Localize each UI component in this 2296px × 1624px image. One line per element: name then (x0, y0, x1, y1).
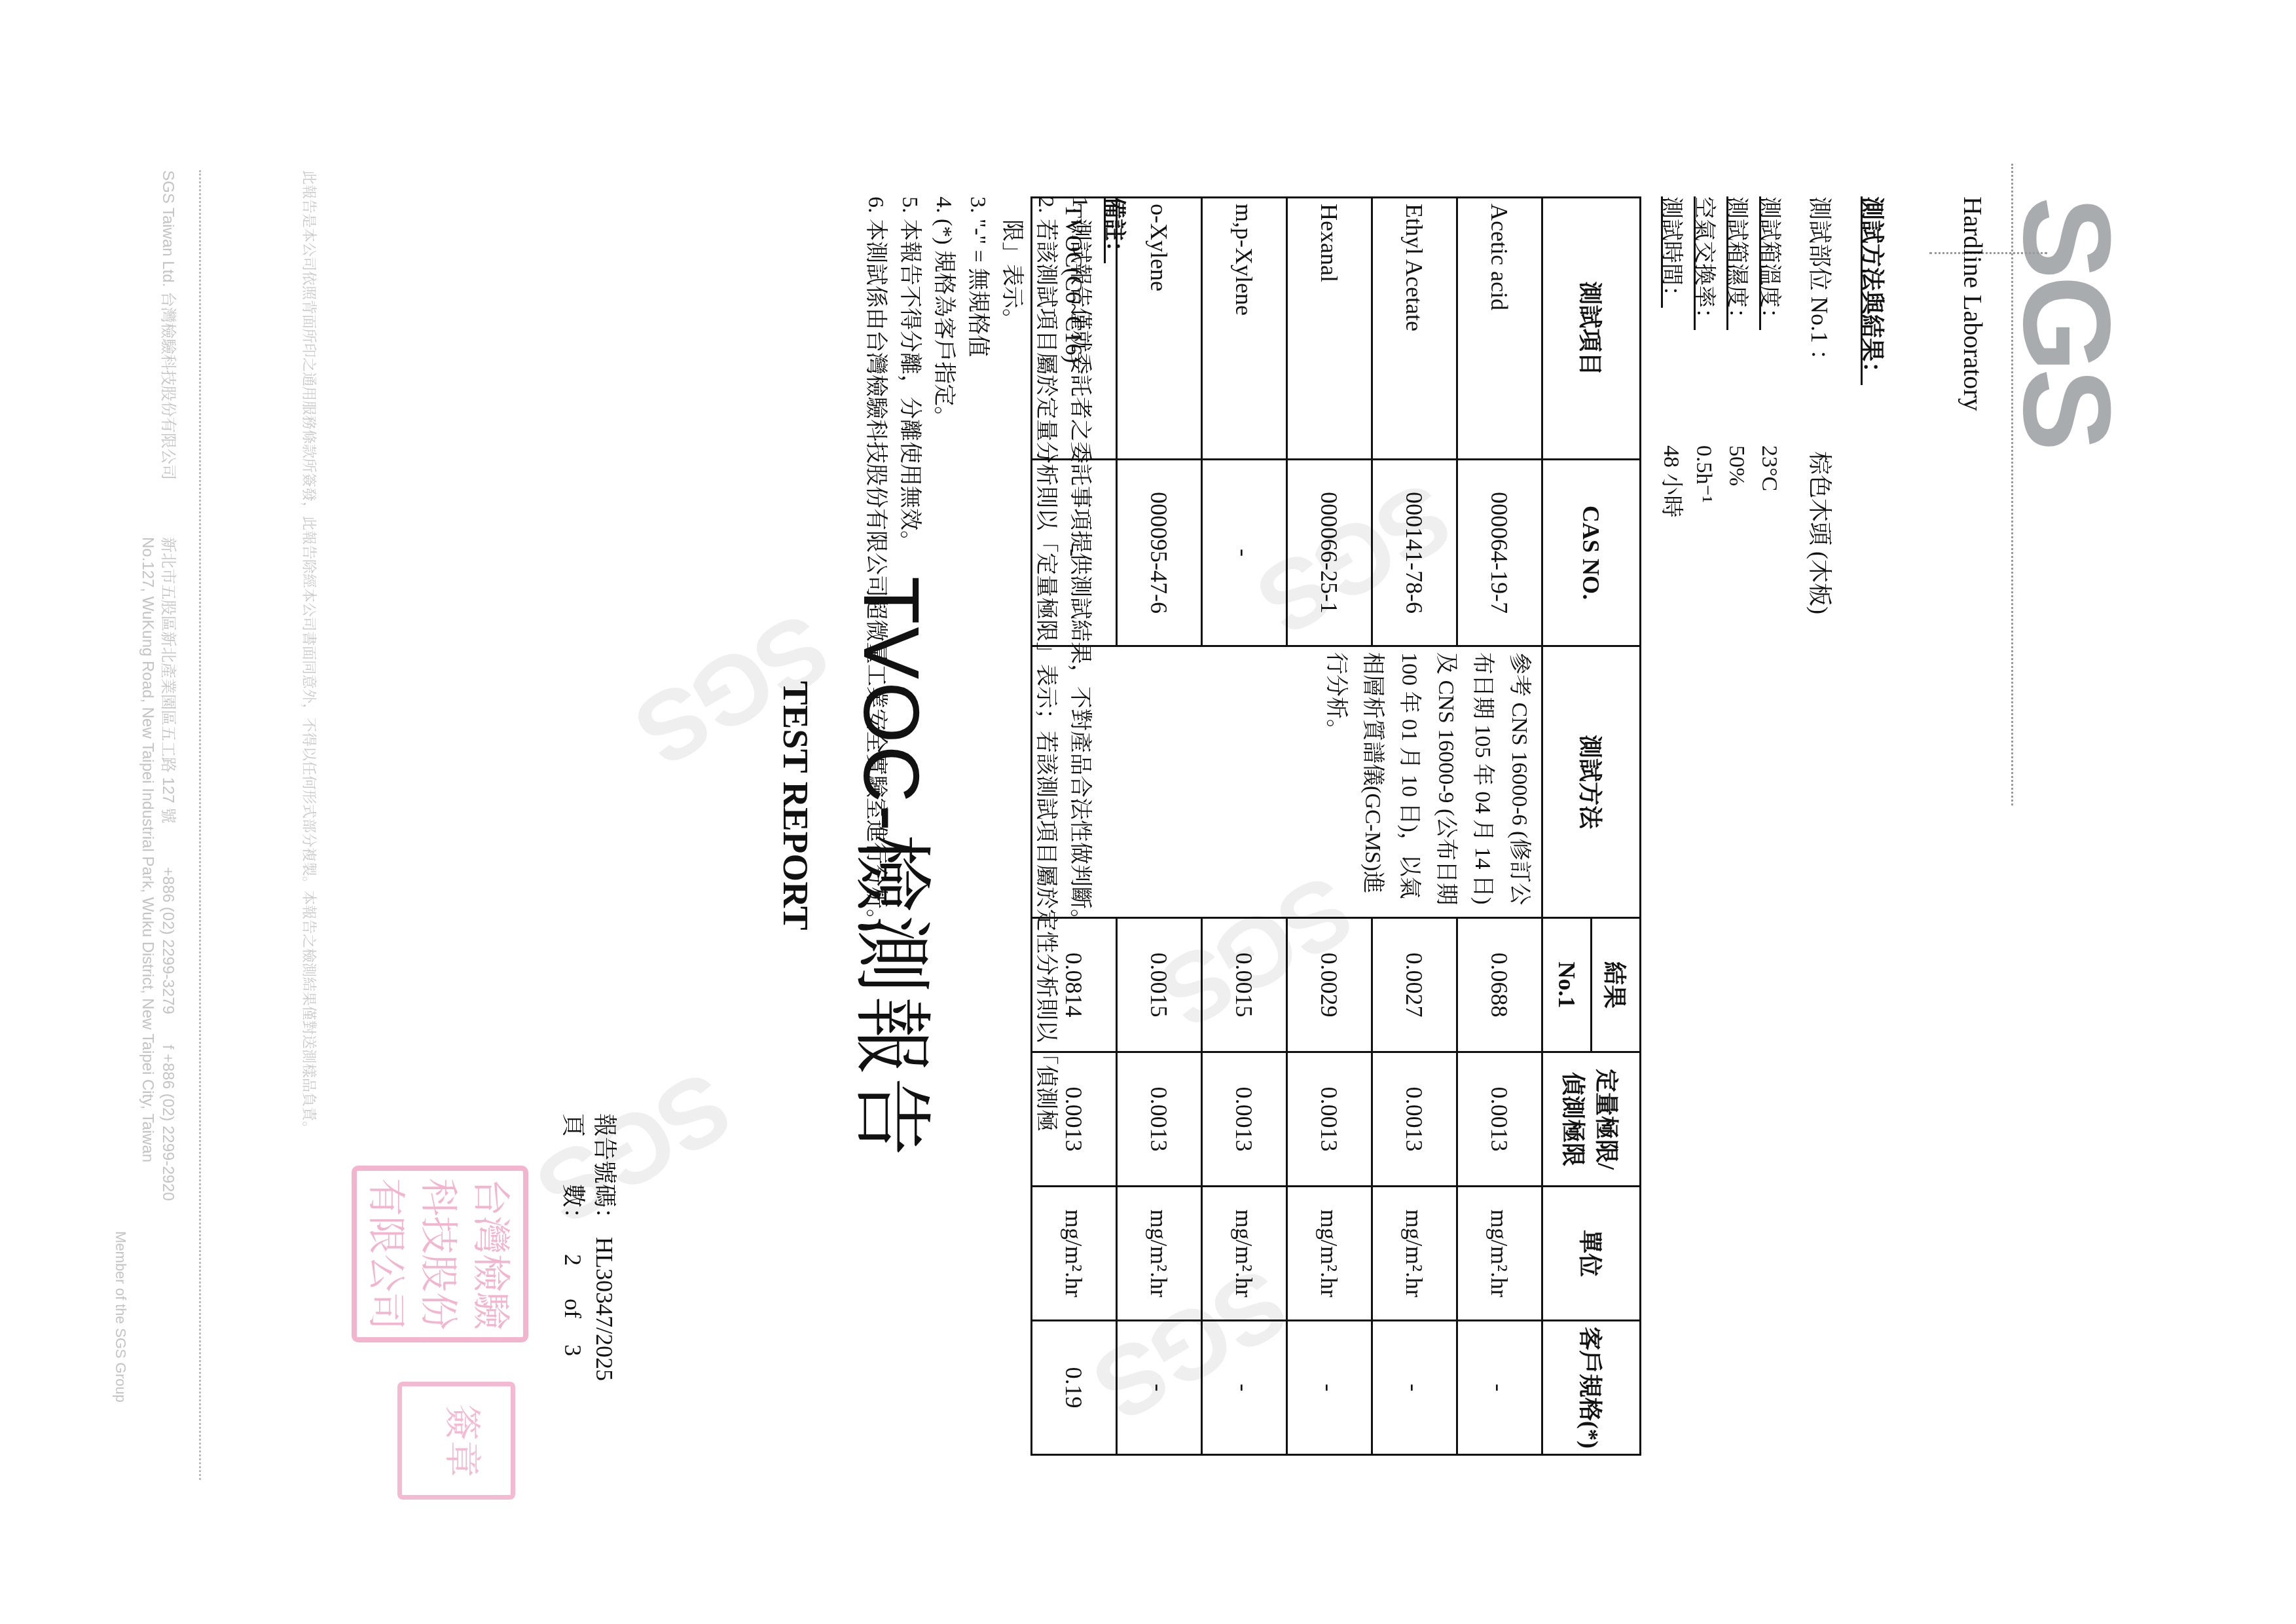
test-conditions: 測試箱溫度：23°C 測試箱濕度：50% 空氣交換率：0.5h⁻¹ 測試時間：4… (1654, 196, 1785, 518)
cell-cas: 000141-78-6 (1372, 460, 1457, 646)
cell-limit: 0.0013 (1457, 1052, 1542, 1187)
header-spec: 客戶規格(*) (1542, 1321, 1641, 1455)
table-row: Acetic acid000064-19-7參考 CNS 16000-6 (修訂… (1457, 198, 1542, 1455)
notes: 備註： 1. 測試報告僅就委託者之委託事項提供測試結果，不對產品合法性做判斷。 … (858, 196, 1131, 1132)
note-item: 4. (*) 規格為客戶指定。 (926, 196, 960, 1132)
header-result-sample: No.1 (1542, 918, 1592, 1052)
condition-row: 測試箱濕度：50% (1720, 196, 1753, 518)
report-number-label: 報告號碼： (589, 1113, 620, 1231)
cell-item: Ethyl Acetate (1372, 198, 1457, 460)
note-item: 5. 本報告不得分離，分離使用無效。 (892, 196, 926, 1132)
header-cas: CAS NO. (1542, 460, 1641, 646)
report-number: HL30347/2025 (591, 1237, 617, 1381)
cell-unit: mg/m².hr (1457, 1187, 1542, 1321)
report-page: SGS SGS SGS SGS SGS SGS Hardline Laborat… (0, 0, 2296, 1624)
footer-member: Member of the SGS Group (112, 1231, 129, 1403)
cell-item: Hexanal (1287, 198, 1372, 460)
sample-value: 棕色木頭 (木板) (1806, 451, 1832, 614)
header-method: 測試方法 (1542, 646, 1641, 918)
report-number-row: 報告號碼： HL30347/2025 (589, 1113, 620, 1381)
header-unit: 單位 (1542, 1187, 1641, 1321)
cell-spec: - (1117, 1321, 1202, 1455)
cell-cas: - (1202, 460, 1287, 646)
footer-company: SGS Taiwan Ltd. 台灣檢驗科技股份有限公司 (158, 170, 181, 480)
notes-heading: 備註： (1097, 196, 1131, 1132)
sample-label: 測試部位 No.1 ： (1804, 196, 1838, 445)
cell-limit: 0.0013 (1372, 1052, 1457, 1187)
footer-phone: +886 (02) 2299-3279 (159, 867, 177, 1014)
cell-cas: 000064-19-7 (1457, 460, 1542, 646)
personal-seal-stamp: 簽章 (397, 1382, 515, 1500)
logo-divider (2011, 164, 2013, 805)
condition-row: 測試箱溫度：23°C (1753, 196, 1785, 518)
cell-item: Acetic acid (1457, 198, 1542, 460)
header-result: 結果 (1592, 918, 1641, 1052)
note-item: 限」表示。 (994, 196, 1029, 1132)
cell-spec: - (1287, 1321, 1372, 1455)
sgs-logo: SGS (2005, 196, 2129, 447)
cell-unit: mg/m².hr (1372, 1187, 1457, 1321)
header-item: 測試項目 (1542, 198, 1641, 460)
section-heading: 測試方法與結果： (1857, 196, 1890, 385)
cell-spec: - (1457, 1321, 1542, 1455)
footer-divider (199, 170, 201, 1480)
footer-address-zh: 新北市五股區新北產業園區五工路 127 號 +886 (02) 2299-327… (158, 537, 181, 1201)
cell-spec: - (1202, 1321, 1287, 1455)
condition-row: 測試時間：48 小時 (1654, 196, 1687, 518)
cell-spec: 0.19 (1032, 1321, 1117, 1455)
cell-result: 0.0688 (1457, 918, 1542, 1052)
note-item: 1. 測試報告僅就委託者之委託事項提供測試結果，不對產品合法性做判斷。 (1063, 196, 1097, 1132)
cell-unit: mg/m².hr (1287, 1187, 1372, 1321)
sgs-watermark: SGS (520, 1048, 750, 1246)
note-item: 3. "-" = 無規格值 (960, 196, 994, 1132)
report-meta: 報告號碼： HL30347/2025 頁 數： 2 of 3 (557, 1113, 620, 1381)
page-number: 2 (557, 1237, 589, 1283)
page-subtitle: TEST REPORT (775, 681, 816, 931)
cell-unit: mg/m².hr (1032, 1187, 1117, 1321)
cell-limit: 0.0013 (1202, 1052, 1287, 1187)
cell-result: 0.0027 (1372, 918, 1457, 1052)
note-item: 6. 本測試係由台灣檢驗科技股份有限公司超微量工業安全實驗室進行分析。 (858, 196, 892, 1132)
lab-name: Hardline Laboratory (1958, 196, 1988, 411)
footer-disclaimer: 此報告是本公司依照背面所印之通用服務條款所簽發，此報告除經本公司書面同意外，不得… (299, 170, 319, 1480)
footer-fax: f +886 (02) 2299-2920 (159, 1045, 177, 1201)
cell-limit: 0.0013 (1287, 1052, 1372, 1187)
company-seal-stamp: 台灣檢驗科技股份有限公司 (352, 1166, 528, 1342)
cell-unit: mg/m².hr (1202, 1187, 1287, 1321)
footer-address-en: No.127, WuKung Road, New Taipei Industri… (138, 537, 156, 1162)
logo-divider (1929, 252, 2047, 254)
page-of: of (557, 1289, 589, 1328)
page-total: 3 (557, 1334, 589, 1367)
cell-unit: mg/m².hr (1117, 1187, 1202, 1321)
cell-item: m,p-Xylene (1202, 198, 1287, 460)
page-number-row: 頁 數： 2 of 3 (557, 1113, 589, 1381)
note-item: 2. 若該測試項目屬於定量分析則以「定量極限」表示；若該測試項目屬於定性分析則以… (1029, 196, 1063, 1132)
sample-row: 測試部位 No.1 ： 棕色木頭 (木板) (1804, 196, 1838, 614)
header-limit: 定量極限/偵測極限 (1542, 1052, 1641, 1187)
cell-result: 0.0029 (1287, 918, 1372, 1052)
condition-row: 空氣交換率：0.5h⁻¹ (1687, 196, 1720, 518)
cell-cas: 000066-25-1 (1287, 460, 1372, 646)
cell-spec: - (1372, 1321, 1457, 1455)
page-number-label: 頁 數： (557, 1113, 589, 1231)
cell-result: 0.0015 (1202, 918, 1287, 1052)
